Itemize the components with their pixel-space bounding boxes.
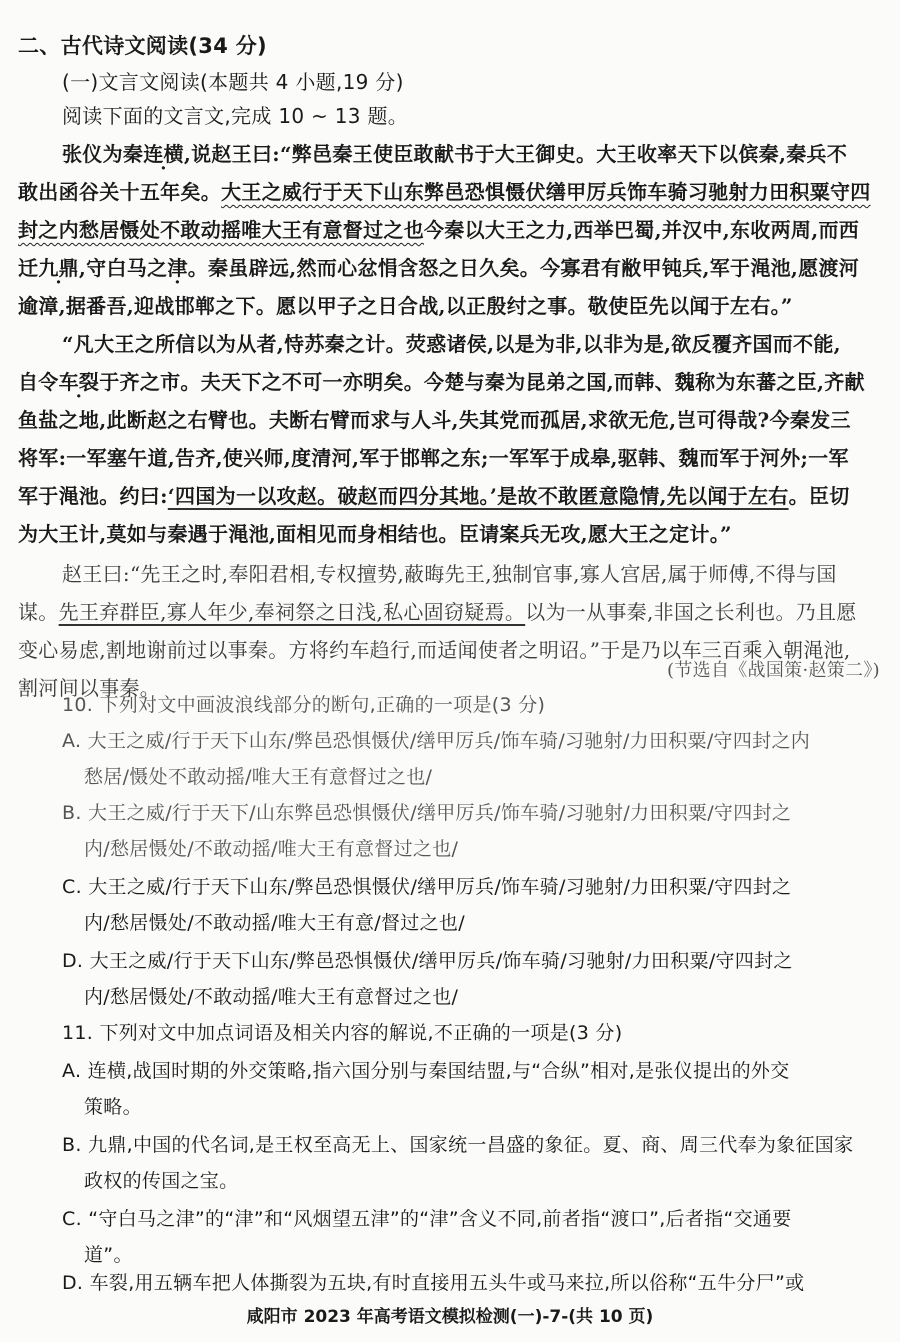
text: 。秦虽辟远,然而心忿悁含怒之日久矣。今寡君有敝甲钝兵,军于渑池,愿渡河 bbox=[188, 256, 859, 280]
q11-option-b: B. 九鼎,中国的代名词,是王权至高无上、国家统一昌盛的象征。夏、商、周三代奉为… bbox=[62, 1130, 853, 1157]
q11-option-a-cont: 策略。 bbox=[84, 1092, 142, 1119]
dotted-term-lianheng: 连横 bbox=[143, 142, 184, 166]
section-title: 二、古代诗文阅读(34 分) bbox=[18, 30, 267, 60]
passage-p1-line2: 敢出函谷关十五年矣。大王之威行于天下山东弊邑恐惧慑伏缮甲厉兵饰车骑习驰射力田积粟… bbox=[18, 176, 871, 205]
instruction: 阅读下面的文言文,完成 10 ~ 13 题。 bbox=[62, 100, 408, 129]
q10-option-a: A. 大王之威/行于天下山东/弊邑恐惧慑伏/缮甲厉兵/饰车骑/习驰射/力田积粟/… bbox=[62, 726, 810, 753]
passage-p2-line1: “凡大王之所信以为从者,恃苏秦之计。荧惑诸侯,以是为非,以非为是,欲反覆齐国而不… bbox=[62, 328, 841, 357]
dotted-term-jin: 津 bbox=[167, 256, 187, 280]
q10-option-d: D. 大王之威/行于天下山东/弊邑恐惧慑伏/缮甲厉兵/饰车骑/习驰射/力田积粟/… bbox=[62, 946, 793, 973]
q11-option-c: C. “守白马之津”的“津”和“风烟望五津”的“津”含义不同,前者指“渡口”,后… bbox=[62, 1204, 792, 1231]
q11-option-d: D. 车裂,用五辆车把人体撕裂为五块,有时直接用五头牛或马来拉,所以俗称“五牛分… bbox=[62, 1268, 804, 1295]
q10-option-d-cont: 内/愁居慑处/不敢动摇/唯大王有意督过之也/ bbox=[84, 982, 458, 1009]
page-footer: 咸阳市 2023 年高考语文模拟检测(一)-7-(共 10 页) bbox=[0, 1302, 900, 1327]
passage-p1-line1: 张仪为秦连横,说赵王曰:“弊邑秦王使臣敢献书于大王御史。大王收率天下以傧秦,秦兵… bbox=[62, 138, 847, 167]
section-subtitle: (一)文言文阅读(本题共 4 小题,19 分) bbox=[62, 66, 404, 95]
q11-option-a: A. 连横,战国时期的外交策略,指六国分别与秦国结盟,与“合纵”相对,是张仪提出… bbox=[62, 1056, 790, 1083]
underlined-text: ‘四国为一以攻赵。破赵而四分其地。’是故不敢匿意隐情,先以闻于左右 bbox=[168, 484, 789, 508]
source-citation: (节选自《战国策·赵策二》) bbox=[667, 656, 880, 682]
passage-p2-line5: 军于渑池。约曰:‘四国为一以攻赵。破赵而四分其地。’是故不敢匿意隐情,先以闻于左… bbox=[18, 480, 850, 509]
wavy-underlined-text: 封之内愁居慑处不敢动摇唯大王有意督过之也 bbox=[18, 218, 424, 242]
text: 自令 bbox=[18, 370, 59, 394]
passage-p1-line3: 封之内愁居慑处不敢动摇唯大王有意督过之也今秦以大王之力,西举巴蜀,并汉中,东收两… bbox=[18, 214, 859, 243]
q10-option-c: C. 大王之威/行于天下山东/弊邑恐惧慑伏/缮甲厉兵/饰车骑/习驰射/力田积粟/… bbox=[62, 872, 791, 899]
q10-option-c-cont: 内/愁居慑处/不敢动摇/唯大王有意/督过之也/ bbox=[84, 908, 465, 935]
text: 迁 bbox=[18, 256, 38, 280]
q10-option-a-cont: 愁居/慑处不敢动摇/唯大王有意督过之也/ bbox=[84, 762, 432, 789]
q10-option-b-cont: 内/愁居慑处/不敢动摇/唯大王有意督过之也/ bbox=[84, 834, 458, 861]
passage-p3-line2: 谋。先王弃群臣,寡人年少,奉祠祭之日浅,私心固窃疑焉。以为一从事秦,非国之长利也… bbox=[18, 596, 857, 625]
passage-p2-line4: 将军:一军塞午道,告齐,使兴师,度清河,军于邯郸之东;一军军于成皋,驱韩、魏而军… bbox=[18, 442, 849, 471]
text: 张仪为秦 bbox=[62, 142, 143, 166]
wavy-underlined-text: 大王之威行于天下山东弊邑恐惧慑伏缮甲厉兵饰车骑习驰射力田积粟守四 bbox=[221, 180, 871, 204]
text: 敢出函谷关十五年矣。 bbox=[18, 180, 221, 204]
text: ,说赵王曰:“弊邑秦王使臣敢献书于大王御史。大王收率天下以傧秦,秦兵不 bbox=[184, 142, 847, 166]
text: 以为一从事秦,非国之长利也。乃且愿 bbox=[525, 600, 856, 624]
text: ,守白马之 bbox=[79, 256, 167, 280]
passage-p3-line1: 赵王曰:“先王之时,奉阳君相,专权擅势,蔽晦先王,独制官事,寡人宫居,属于师傅,… bbox=[62, 558, 837, 587]
passage-p2-line6: 为大王计,莫如与秦遇于渑池,面相见而身相结也。臣请案兵无攻,愿大王之定计。” bbox=[18, 518, 732, 547]
q11-option-c-cont: 道”。 bbox=[84, 1240, 133, 1267]
text: 军于渑池。约曰: bbox=[18, 484, 168, 508]
underlined-text: 先王弃群臣,寡人年少,奉祠祭之日浅,私心固窃疑焉。 bbox=[59, 600, 526, 624]
q11-option-b-cont: 政权的传国之宝。 bbox=[84, 1166, 238, 1193]
passage-p1-line5: 逾漳,据番吾,迎战邯郸之下。愿以甲子之日合战,以正殷纣之事。敬使臣先以闻于左右。… bbox=[18, 290, 793, 319]
exam-page: 二、古代诗文阅读(34 分) (一)文言文阅读(本题共 4 小题,19 分) 阅… bbox=[0, 0, 900, 1342]
question-10-stem: 10. 下列对文中画波浪线部分的断句,正确的一项是(3 分) bbox=[62, 690, 545, 717]
dotted-term-jiuding: 九鼎 bbox=[38, 256, 79, 280]
question-11-stem: 11. 下列对文中加点词语及相关内容的解说,不正确的一项是(3 分) bbox=[62, 1018, 622, 1045]
dotted-term-cheli: 车裂 bbox=[59, 370, 100, 394]
text: 于齐之市。夫天下之不可一亦明矣。今楚与秦为昆弟之国,而韩、魏称为东蕃之臣,齐献 bbox=[99, 370, 865, 394]
text: 今秦以大王之力,西举巴蜀,并汉中,东收两周,而西 bbox=[424, 218, 859, 242]
passage-p2-line3: 鱼盐之地,此断赵之右臂也。夫断右臂而求与人斗,失其党而孤居,求欲无危,岂可得哉?… bbox=[18, 404, 851, 433]
passage-p1-line4: 迁九鼎,守白马之津。秦虽辟远,然而心忿悁含怒之日久矣。今寡君有敝甲钝兵,军于渑池… bbox=[18, 252, 859, 281]
text: 。臣切 bbox=[789, 484, 850, 508]
q10-option-b: B. 大王之威/行于天下/山东弊邑恐惧慑伏/缮甲厉兵/饰车骑/习驰射/力田积粟/… bbox=[62, 798, 791, 825]
passage-p2-line2: 自令车裂于齐之市。夫天下之不可一亦明矣。今楚与秦为昆弟之国,而韩、魏称为东蕃之臣… bbox=[18, 366, 865, 395]
text: 谋。 bbox=[18, 600, 59, 624]
